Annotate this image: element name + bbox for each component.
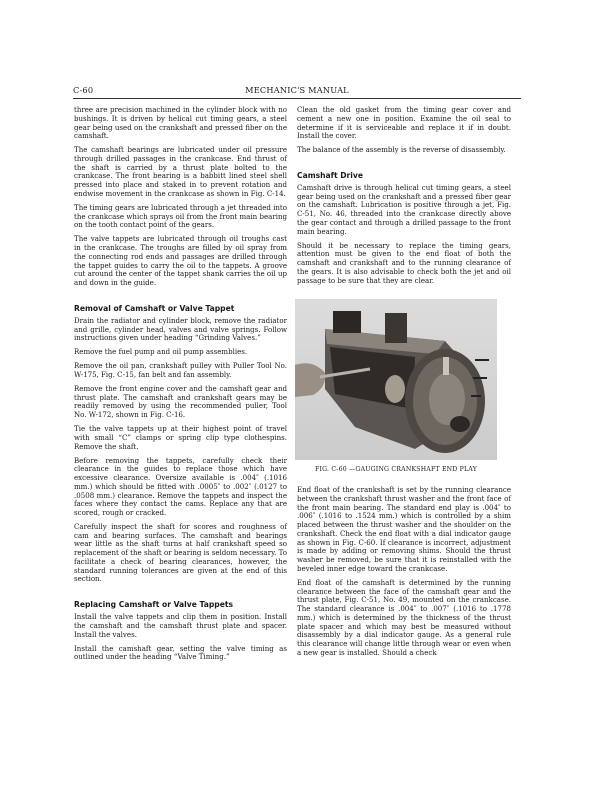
section-heading-replacing: Replacing Camshaft or Valve Tappets (74, 600, 287, 609)
paragraph: Clean the old gasket from the timing gea… (297, 106, 511, 141)
figure-c60: FIG. C-60 —GAUGING CRANKSHAFT END PLAY (295, 299, 497, 475)
paragraph: Camshaft drive is through helical cut ti… (297, 184, 511, 237)
paragraph: End float of the camshaft is determined … (297, 579, 511, 658)
figure-caption: FIG. C-60 —GAUGING CRANKSHAFT END PLAY (295, 466, 497, 475)
paragraph: Tie the valve tappets up at their highes… (74, 425, 287, 451)
paragraph: three are precision machined in the cyli… (74, 106, 287, 141)
running-title: MECHANIC'S MANUAL (73, 85, 521, 95)
left-column: three are precision machined in the cyli… (74, 106, 287, 667)
paragraph: The balance of the assembly is the rever… (297, 146, 511, 155)
paragraph: Should it be necessary to replace the ti… (297, 242, 511, 286)
paragraph: Install the valve tappets and clip them … (74, 613, 287, 639)
paragraph: Drain the radiator and cylinder block, r… (74, 317, 287, 343)
paragraph: Before removing the tappets, carefully c… (74, 457, 287, 518)
paragraph: Remove the fuel pump and oil pump assemb… (74, 348, 287, 357)
section-heading-removal: Removal of Camshaft or Valve Tappet (74, 304, 287, 313)
engine-illustration-icon (295, 299, 497, 460)
paragraph: End float of the crankshaft is set by th… (297, 486, 511, 574)
paragraph: Remove the oil pan, crankshaft pulley wi… (74, 362, 287, 380)
section-heading-camshaft-drive: Camshaft Drive (297, 171, 511, 180)
paragraph: The camshaft bearings are lubricated und… (74, 146, 287, 199)
right-column: Clean the old gasket from the timing gea… (297, 106, 511, 663)
paragraph: The timing gears are lubricated through … (74, 204, 287, 230)
paragraph: Remove the front engine cover and the ca… (74, 385, 287, 420)
paragraph: The valve tappets are lubricated through… (74, 235, 287, 288)
paragraph: Install the camshaft gear, setting the v… (74, 645, 287, 663)
page-header: C-60 MECHANIC'S MANUAL (73, 84, 521, 99)
paragraph: Carefully inspect the shaft for scores a… (74, 523, 287, 584)
engine-photo (295, 299, 497, 460)
